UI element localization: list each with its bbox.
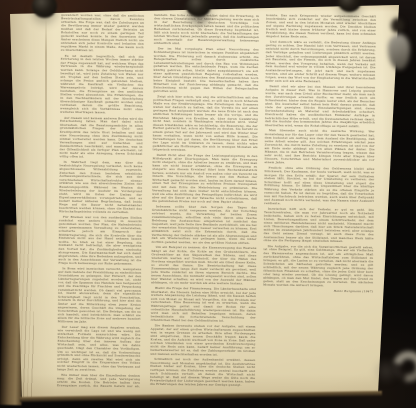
paragraph: Die Banken ihrerseits stehen vor der Auf…	[150, 324, 255, 357]
paragraph: In Wahrheit liegt dem, was über die beab…	[59, 161, 143, 215]
paragraph: Wie immer man über die Einzelheiten denk…	[57, 373, 140, 388]
paragraph: Damit sind wir aber bei den Messen und i…	[265, 85, 375, 129]
paragraph: Der Leser mag aus diesen Angaben ersehen…	[57, 325, 141, 372]
column-2-paragraphs: handeln. Das hohe Ausfuhrsoll erklärt da…	[150, 13, 259, 387]
document-page: gewandert worden war, ohne daß die amtli…	[0, 0, 416, 408]
paragraph: Inzwischen hilft sich der Verkehr, so gu…	[264, 207, 374, 244]
page-text-layer: gewandert worden war, ohne daß die amtli…	[0, 0, 416, 408]
text-column-1: gewandert worden war, ohne daß die amtli…	[57, 13, 144, 388]
column-3-paragraphs: konnte. Das nach Kriegsende wieder aufge…	[263, 14, 376, 289]
paragraph: Auf diesem und keinem anderen Boden wird…	[60, 116, 143, 159]
article-byline: Heinz Burgmann (1947)	[263, 289, 373, 294]
paragraph: Schließlich sei noch der Außenhandel erw…	[150, 358, 255, 387]
paragraph: Und dennoch wäre es verfehlt, die Bedeut…	[265, 40, 375, 84]
archival-photo-stage: gewandert worden war, ohne daß die amtli…	[0, 0, 416, 408]
paragraph: In Bonn wird inzwischen versucht, wenigs…	[58, 267, 142, 324]
column-1-paragraphs: gewandert worden war, ohne daß die amtli…	[57, 13, 144, 388]
paragraph: Der im Mai vorgelegte Plan einer Neuordn…	[153, 47, 259, 94]
text-column-3: konnte. Das nach Kriegsende wieder aufge…	[262, 14, 376, 385]
paragraph: Um ein Beispiel zu nennen: die Eisenerze…	[151, 246, 256, 286]
paragraph: konnte. Das nach Kriegsende wieder aufge…	[266, 14, 376, 40]
metal-clip-top-right-nub	[391, 18, 404, 33]
paragraph: Indessen sollte über den Sorgen des Tage…	[152, 205, 257, 245]
paragraph: Bleibt die Frage der Finanzierung. Die L…	[151, 287, 256, 324]
paragraph: Zeigt sich hier schon, wie eng die wirts…	[153, 95, 259, 153]
paragraph: Freilich: ohne eine Ordnung des Geldwese…	[264, 166, 374, 206]
paragraph: Damit rückt aber die Frage der Leistungs…	[152, 154, 258, 205]
paragraph: Man übersehe auch nicht die seelische Wi…	[264, 129, 374, 166]
paragraph: Es ist deshalb begreiflich, daß sich die…	[60, 54, 144, 115]
text-column-2: handeln. Das hohe Ausfuhrsoll erklärt da…	[150, 13, 259, 391]
paragraph: Für Bremen war von den zuständigen Stell…	[58, 216, 142, 266]
paragraph: gewandert worden war, ohne daß die amtli…	[61, 13, 144, 53]
paragraph: Die Aufgabe, vor die sich die Verantwort…	[263, 245, 373, 289]
